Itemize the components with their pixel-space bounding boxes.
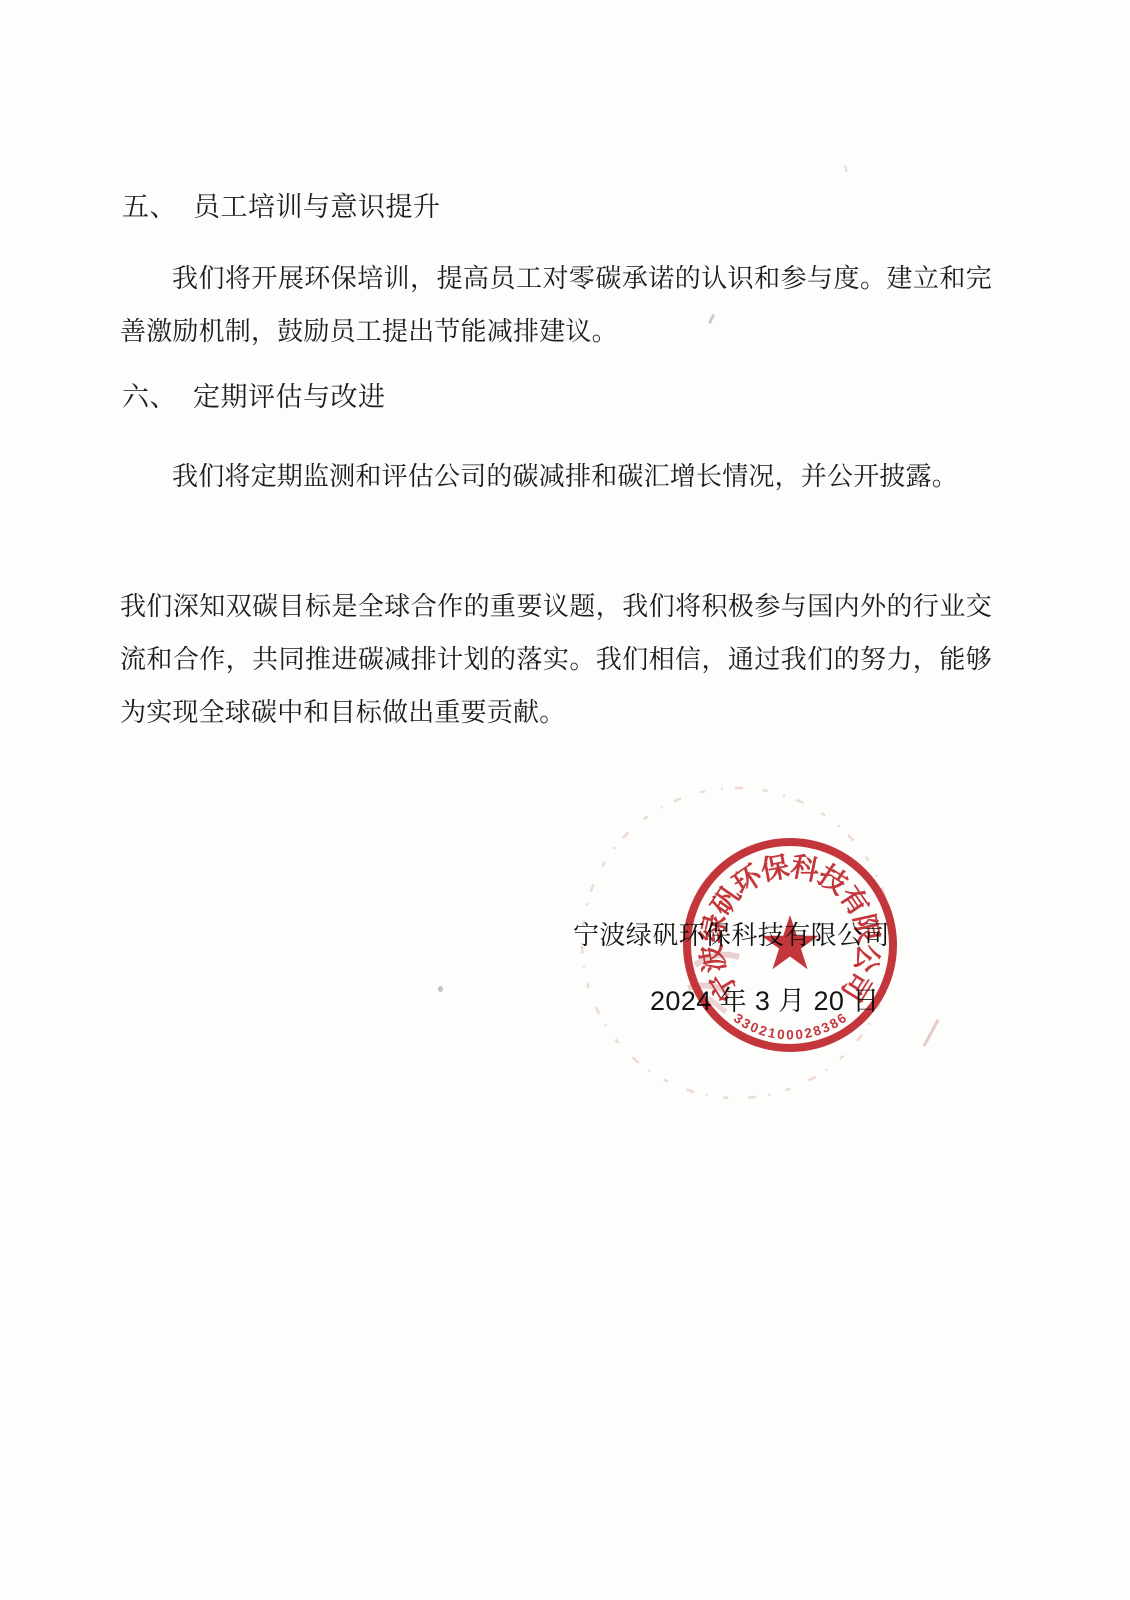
section-6-title: 定期评估与改进 — [193, 382, 386, 412]
section-5-paragraph: 我们将开展环保培训，提高员工对零碳承诺的认识和参与度。建立和完善激励机制，鼓励员… — [120, 252, 992, 358]
ghost-stamp-arc — [582, 788, 892, 1098]
section-5-title: 员工培训与意识提升 — [193, 192, 441, 222]
ghost-stamp-stroke — [924, 1020, 938, 1046]
document-page: 五、员工培训与意识提升 我们将开展环保培训，提高员工对零碳承诺的认识和参与度。建… — [0, 0, 1130, 1600]
section-5-heading: 五、员工培训与意识提升 — [122, 191, 441, 225]
closing-paragraph: 我们深知双碳目标是全球合作的重要议题，我们将积极参与国内外的行业交流和合作，共同… — [120, 580, 992, 739]
section-6-heading: 六、定期评估与改进 — [122, 381, 386, 415]
seal-arc-char: 波 — [695, 942, 730, 975]
section-6-number: 六、 — [122, 381, 177, 415]
seal-star — [762, 915, 819, 969]
seal-arc-char: 保 — [758, 850, 792, 887]
seal-number-digit: 0 — [776, 1027, 785, 1043]
section-6-paragraph: 我们将定期监测和评估公司的碳减排和碳汇增长情况，并公开披露。 — [120, 450, 992, 503]
seal-number-digit: 0 — [795, 1027, 804, 1043]
section-5-number: 五、 — [122, 191, 177, 225]
seal-number-digit: 0 — [786, 1028, 794, 1043]
seal-arc-char: 限 — [848, 911, 884, 945]
scan-speck — [438, 986, 443, 992]
company-seal-stamp: 宁波绿矾环保科技有限公司 3302100028386 — [560, 760, 960, 1120]
scan-speck — [844, 165, 848, 172]
